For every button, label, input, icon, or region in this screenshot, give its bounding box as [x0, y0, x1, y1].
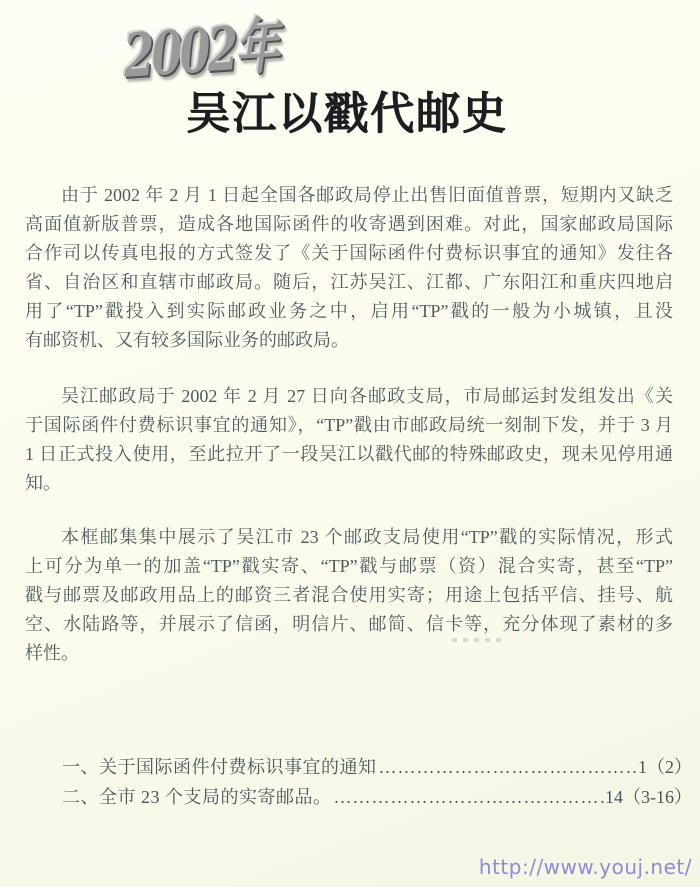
masthead: 2002年 吴江以戳代邮史: [0, 0, 700, 170]
paragraph-collection-overview: 本框邮集集中展示了吴江市 23 个邮政支局使用“TP”戳的实际情况，形式 上可分…: [25, 523, 673, 668]
scan-showthrough-smudge: [452, 638, 504, 642]
table-of-contents: 一、关于国际函件付费标识事宜的通知 ……………………………………………………………: [62, 752, 692, 812]
text-line: 本框邮集集中展示了吴江市 23 个邮政支局使用“TP”戳的实际情况，形式: [25, 523, 673, 552]
text-line: 高面值新版普票，造成各地国际函件的收寄遇到困难。对此，国家邮政局国际: [25, 210, 673, 239]
paragraph-wujiang-notice: 吴江邮政局于 2002 年 2 月 27 日向各邮政支局，市局邮运封发组发出《关…: [25, 382, 673, 498]
website-url-watermark: http://www.youj.net/: [479, 853, 692, 881]
toc-page-number: 14（3-16）: [605, 782, 692, 812]
text-line: 1 日正式投入使用，至此拉开了一段吴江以戳代邮的特殊邮政史，现未见停用通: [25, 440, 673, 469]
text-line: 知。: [25, 469, 673, 498]
text-line: 戳与邮票及邮政用品上的邮资三者混合使用实寄；用途上包括平信、挂号、航: [25, 581, 673, 610]
toc-label: 一、关于国际函件付费标识事宜的通知: [62, 752, 377, 782]
toc-entry: 一、关于国际函件付费标识事宜的通知 ……………………………………………………………: [62, 752, 692, 782]
text-line: 上可分为单一的加盖“TP”戳实寄、“TP”戳与邮票（资）混合实寄，甚至“TP”: [25, 552, 673, 581]
toc-entry: 二、全市 23 个支局的实寄邮品。 ……………………………………………………………: [62, 782, 692, 812]
toc-dot-leader: ……………………………………………………………………: [377, 752, 639, 782]
text-line: 用了“TP”戳投入到实际邮政业务之中，启用“TP”戳的一般为小城镇，且没: [25, 297, 673, 326]
text-line: 样性。: [25, 639, 673, 668]
text-line: 于国际函件付费标识事宜的通知》，“TP”戳由市邮政局统一刻制下发，并于 3 月: [25, 411, 673, 440]
toc-dot-leader: ……………………………………………………………………: [332, 782, 606, 812]
page-title: 吴江以戳代邮史: [186, 88, 508, 140]
text-line: 空、水陆路等，并展示了信函，明信片、邮简、信卡等，充分体现了素材的多: [25, 610, 673, 639]
text-line: 由于 2002 年 2 月 1 日起全国各邮政局停止出售旧面值普票，短期内又缺乏: [25, 181, 673, 210]
scanned-album-page: { "page": { "title_year": "2002年", "subt…: [0, 0, 700, 887]
text-line: 吴江邮政局于 2002 年 2 月 27 日向各邮政支局，市局邮运封发组发出《关: [25, 382, 673, 411]
toc-label: 二、全市 23 个支局的实寄邮品。: [62, 782, 332, 812]
text-line: 合作司以传真电报的方式签发了《关于国际函件付费标识事宜的通知》发往各: [25, 239, 673, 268]
text-line: 省、自治区和直辖市邮政局。随后，江苏吴江、江都、广东阳江和重庆四地启: [25, 268, 673, 297]
text-line: 有邮资机、又有较多国际业务的邮政局。: [25, 326, 673, 355]
title-year: 2002年: [123, 15, 278, 88]
paragraph-background: 由于 2002 年 2 月 1 日起全国各邮政局停止出售旧面值普票，短期内又缺乏…: [25, 181, 673, 355]
toc-page-number: 1（2）: [638, 752, 692, 782]
